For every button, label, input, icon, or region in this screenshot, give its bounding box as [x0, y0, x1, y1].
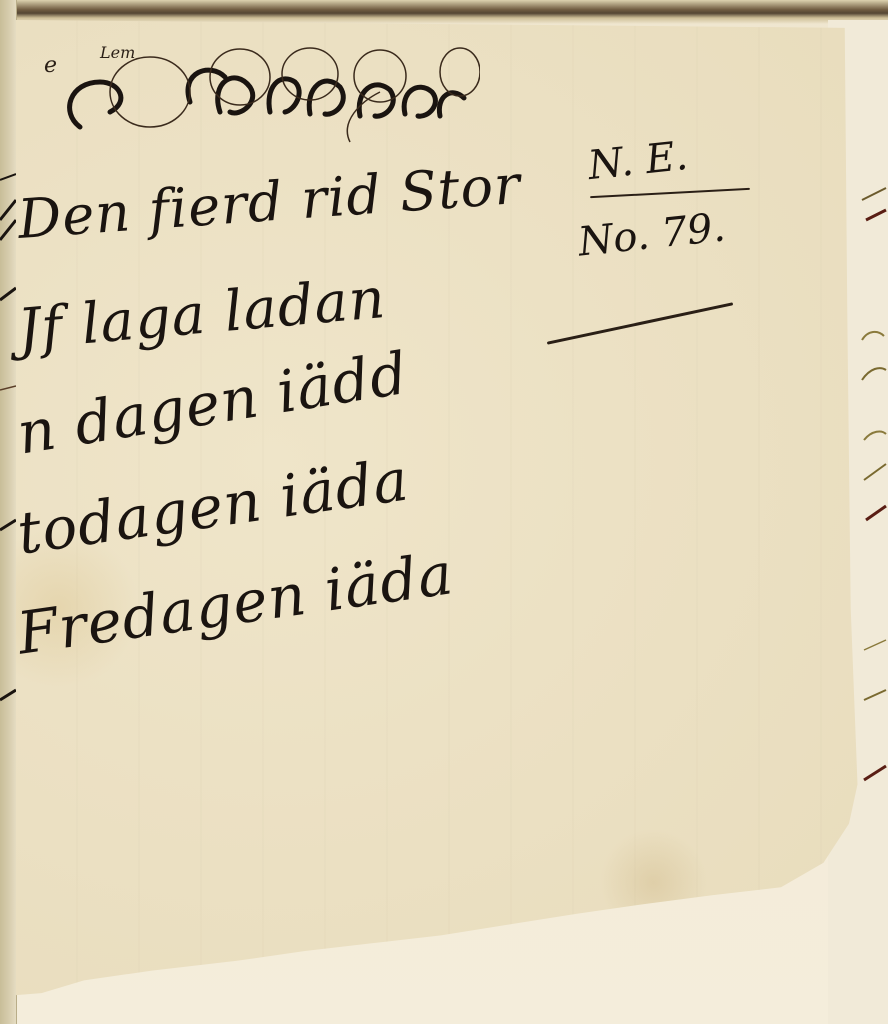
svg-text:Lem: Lem — [99, 43, 135, 62]
manuscript-scan: e Lem Den fierd rid Stor Jf laga ladan n… — [0, 0, 888, 1024]
underlying-page-ink-fragments — [858, 180, 888, 800]
svg-text:e: e — [44, 53, 57, 78]
calligraphic-heading-flourish: e Lem — [40, 32, 480, 152]
binding-ink-marks — [0, 160, 16, 760]
stained-top-edge — [0, 0, 888, 24]
